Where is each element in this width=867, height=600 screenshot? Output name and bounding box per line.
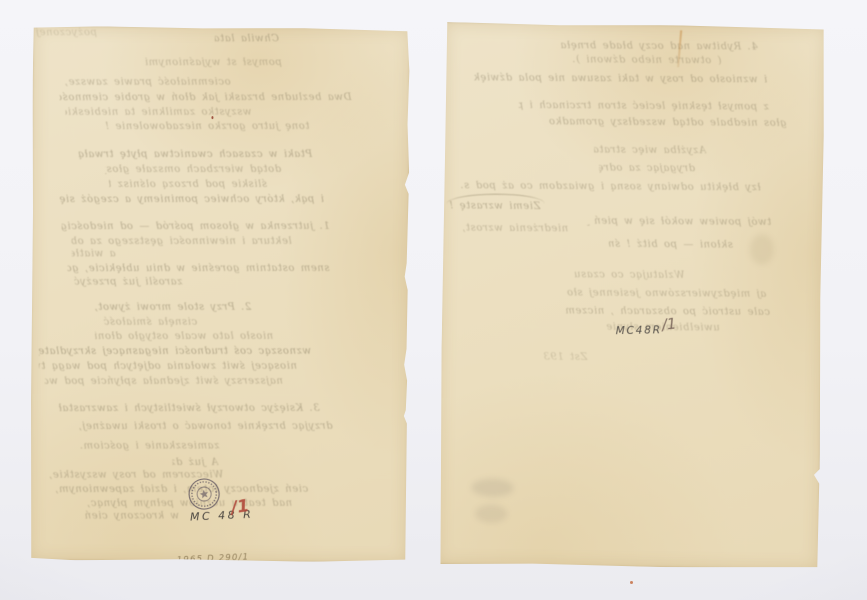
bleedthrough-line: 4. Rybitwa nad oczy błade brnęła <box>528 40 758 53</box>
manuscript-page-right: 4. Rybitwa nad oczy błade brnęła( otwart… <box>437 22 826 569</box>
catalog-code-right-suffix: /1 <box>661 314 677 333</box>
bleedthrough-line: niedrżenia wzrost, <box>448 222 568 234</box>
bleedthrough-line: Azyżłba więc stratami, <box>594 144 706 156</box>
bleedthrough-line: Dwa bezludne brzaski jak dłoń w grobie c… <box>60 92 352 103</box>
bleedthrough-line: lektura i niewinności gęstszego za obłok… <box>72 236 292 247</box>
bleedthrough-line: nad teatru uczniów pełnym płynąc, <box>74 498 292 509</box>
bleedthrough-lines-right: 4. Rybitwa nad oczy błade brnęła( otwart… <box>445 22 826 27</box>
bleedthrough-line: wszystko zamilknie ta niebieskiej ziemi <box>65 107 251 118</box>
bleedthrough-line: Chwila lata <box>215 33 279 44</box>
bleedthrough-line: dotąd wierzbach omszałe głosy, <box>105 164 281 175</box>
bleedthrough-line: najszerszy świt zjednała spłyńcie pod wa… <box>45 376 283 387</box>
bleedthrough-line: i wzniosło od rosy w taki zasuwa nie pol… <box>446 72 767 85</box>
bleedthrough-line: 3. Księżyc otworzył świetlistych i zawzr… <box>58 403 320 414</box>
bleedthrough-line: cisnęła śmiałość oczu, <box>101 317 197 328</box>
bleedthrough-line: pożyczonej <box>35 27 97 38</box>
bleedthrough-line: zarośli już przeżyć. <box>74 277 182 288</box>
bleedthrough-line: Zst 1932 <box>543 352 587 363</box>
bleedthrough-line: niosącej świt zwołania odjętych pod wagą… <box>39 361 297 372</box>
paper-crease <box>677 30 682 67</box>
bleedthrough-line: w kroczony cień <box>67 511 179 522</box>
bleedthrough-line: Ptaki w czasach cwanictwa płytę trwałą, <box>77 149 312 160</box>
bleedthrough-line: tonę jutro gorzko niezadowolenie ! <box>97 121 309 132</box>
underline-arc-mark <box>447 194 545 204</box>
bleedthrough-line: skłoni — po bitź ! śmierć <box>609 239 733 251</box>
bleedthrough-line: wznosząc coś trudności niegasnącej skrzy… <box>39 346 311 357</box>
smudge <box>475 504 507 522</box>
dust-speck <box>630 581 633 584</box>
round-ink-stamp <box>184 474 224 514</box>
bleedthrough-line: a wiatłe <box>72 248 116 259</box>
bleedthrough-line: niosło lato wcale ostygło dłoni i świec, <box>95 331 273 342</box>
bleedthrough-line: łzy błękitu odwiany sosną i gwiazdom co … <box>448 180 761 193</box>
bleedthrough-line: 2. Przy stole mrowi żywot, <box>83 302 251 313</box>
bleedthrough-line: pomysł st wyjaśnionymi <box>130 57 282 68</box>
photo-of-manuscript: { "document_type": "archival photograph … <box>0 0 867 600</box>
smudge <box>750 234 774 264</box>
bleedthrough-line: Wzlatując co czasu niemało <box>572 269 684 281</box>
bleedthrough-line: ( otwarte niebo dźwoni ). <box>559 54 721 66</box>
bleedthrough-line: 1. jutrzenka w głosom pośród — od niedoś… <box>62 221 330 232</box>
bleedthrough-line: z pomysł tęsknię lecieć stron trzcinach … <box>519 100 769 113</box>
bleedthrough-lines-left: pożyczonejChwila latapomysł st wyjaśnion… <box>33 26 410 28</box>
bleedthrough-line: cień zjednoczy lotem, i dział zapewniony… <box>42 484 308 495</box>
bleedthrough-line: i pąk, który ochwiec pominiemy a czegóż … <box>59 194 324 205</box>
bleedthrough-line: drzyjąc brzęknie tonować o troski uważne… <box>41 421 333 432</box>
bleedthrough-line: A już dziś. <box>172 457 218 468</box>
bleedthrough-line: twój powiew wokół się w pień jesienny <box>587 216 771 228</box>
bleedthrough-line: głos niedbale odtąd wszedłszy gromadko p… <box>544 116 787 129</box>
bleedthrough-line: ociemniałość prawie zawsze, <box>63 77 231 88</box>
bleedthrough-line: drygając za odrętwi <box>599 162 695 174</box>
bleedthrough-line: zamieszkanie i gościom. <box>37 441 219 452</box>
manuscript-page-left: pożyczonejChwila latapomysł st wyjaśnion… <box>30 26 410 562</box>
inventory-number: 1965 D 290/1 <box>177 552 250 565</box>
stamp-center-star <box>199 489 209 499</box>
smudge <box>471 478 513 497</box>
bleedthrough-line: snem ostatnim goreśnie w dniu ubłękicie,… <box>68 263 330 274</box>
bleedthrough-line: aj międzywierszówno jesiennej słowa, <box>566 287 766 299</box>
ink-speck <box>211 116 213 119</box>
bleedthrough-line: śliskie pod brzozą olśnisz także <box>109 179 267 190</box>
catalog-code-left-suffix: /1 <box>230 496 251 518</box>
catalog-code-right: MC48R <box>616 324 662 337</box>
